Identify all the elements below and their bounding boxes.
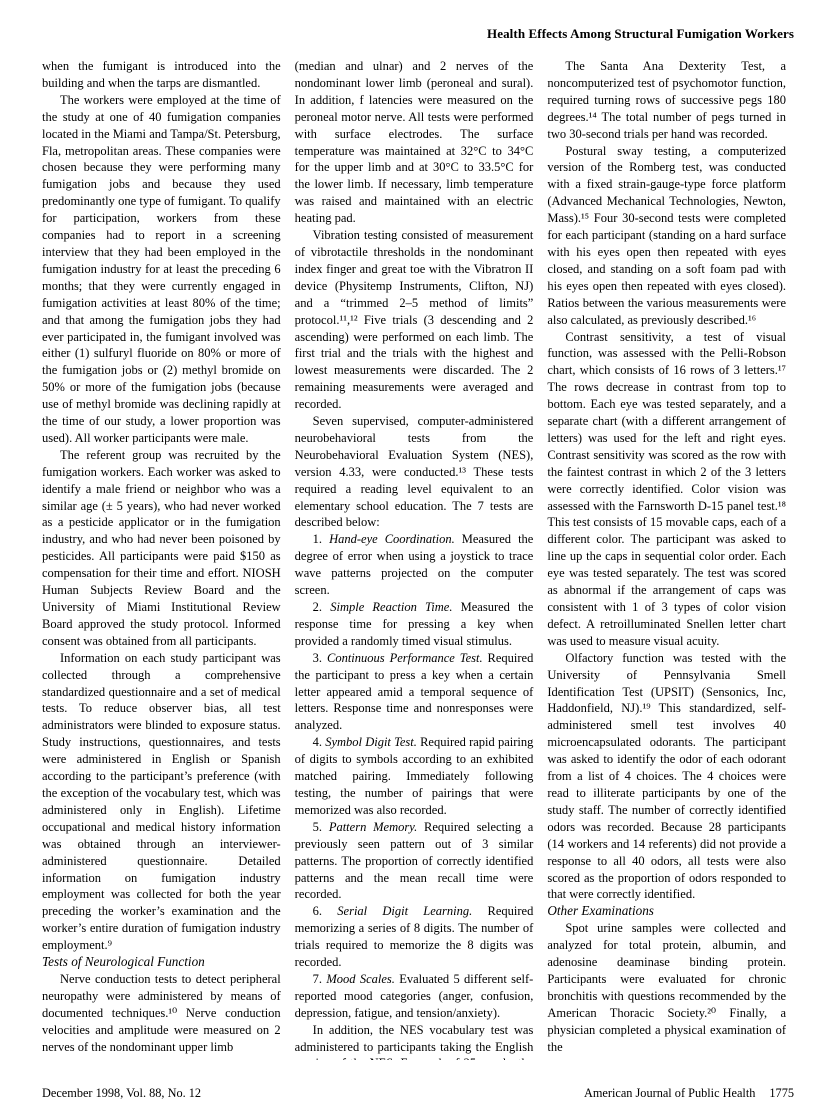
footer-journal-name: American Journal of Public Health bbox=[584, 1086, 755, 1100]
item-title: Mood Scales. bbox=[326, 972, 395, 986]
list-item-test-2: 2. Simple Reaction Time. Measured the re… bbox=[295, 599, 534, 650]
paragraph: The workers were employed at the time of… bbox=[42, 92, 281, 447]
item-title: Pattern Memory. bbox=[329, 820, 417, 834]
item-number: 3. bbox=[313, 651, 322, 665]
footer-issue-info: December 1998, Vol. 88, No. 12 bbox=[42, 1086, 201, 1101]
item-number: 1. bbox=[313, 532, 322, 546]
paragraph: Postural sway testing, a computerized ve… bbox=[547, 143, 786, 329]
paragraph: (median and ulnar) and 2 nerves of the n… bbox=[295, 58, 534, 227]
item-number: 5. bbox=[313, 820, 322, 834]
paragraph: Nerve conduction tests to detect periphe… bbox=[42, 971, 281, 1056]
list-item-test-5: 5. Pattern Memory. Required selecting a … bbox=[295, 819, 534, 904]
item-number: 7. bbox=[313, 972, 322, 986]
paragraph: Seven supervised, computer-administered … bbox=[295, 413, 534, 531]
paragraph: Vibration testing consisted of measureme… bbox=[295, 227, 534, 413]
paragraph: The Santa Ana Dexterity Test, a noncompu… bbox=[547, 58, 786, 143]
footer-journal-info: American Journal of Public Health1775 bbox=[584, 1086, 794, 1101]
footer-page-number: 1775 bbox=[769, 1086, 794, 1100]
item-number: 6. bbox=[313, 904, 322, 918]
list-item-test-4: 4. Symbol Digit Test. Required rapid pai… bbox=[295, 734, 534, 819]
paragraph: Olfactory function was tested with the U… bbox=[547, 650, 786, 904]
list-item-test-6: 6. Serial Digit Learning. Required memor… bbox=[295, 903, 534, 971]
list-item-test-3: 3. Continuous Performance Test. Required… bbox=[295, 650, 534, 735]
article-body: when the fumigant is introduced into the… bbox=[42, 58, 786, 1060]
item-title: Continuous Performance Test. bbox=[327, 651, 483, 665]
running-head: Health Effects Among Structural Fumigati… bbox=[42, 26, 794, 42]
section-heading-other-examinations: Other Examinations bbox=[547, 903, 786, 920]
list-item-test-1: 1. Hand-eye Coordination. Measured the d… bbox=[295, 531, 534, 599]
paragraph: The referent group was recruited by the … bbox=[42, 447, 281, 650]
journal-page: Health Effects Among Structural Fumigati… bbox=[0, 0, 816, 1116]
item-number: 4. bbox=[313, 735, 322, 749]
item-number: 2. bbox=[313, 600, 322, 614]
list-item-test-7: 7. Mood Scales. Evaluated 5 different se… bbox=[295, 971, 534, 1022]
column-3: The Santa Ana Dexterity Test, a noncompu… bbox=[547, 58, 786, 1060]
item-title: Symbol Digit Test. bbox=[325, 735, 417, 749]
item-title: Serial Digit Learning. bbox=[337, 904, 472, 918]
page-footer: December 1998, Vol. 88, No. 12 American … bbox=[42, 1086, 794, 1101]
paragraph: Contrast sensitivity, a test of visual f… bbox=[547, 329, 786, 650]
paragraph: Spot urine samples were collected and an… bbox=[547, 920, 786, 1055]
item-title: Hand-eye Coordination. bbox=[329, 532, 455, 546]
paragraph: Information on each study participant wa… bbox=[42, 650, 281, 954]
column-1: when the fumigant is introduced into the… bbox=[42, 58, 281, 1060]
section-heading-tests-of-neurological-function: Tests of Neurological Function bbox=[42, 954, 281, 971]
column-2: (median and ulnar) and 2 nerves of the n… bbox=[295, 58, 534, 1060]
paragraph: when the fumigant is introduced into the… bbox=[42, 58, 281, 92]
paragraph: In addition, the NES vocabulary test was… bbox=[295, 1022, 534, 1060]
item-title: Simple Reaction Time. bbox=[330, 600, 452, 614]
